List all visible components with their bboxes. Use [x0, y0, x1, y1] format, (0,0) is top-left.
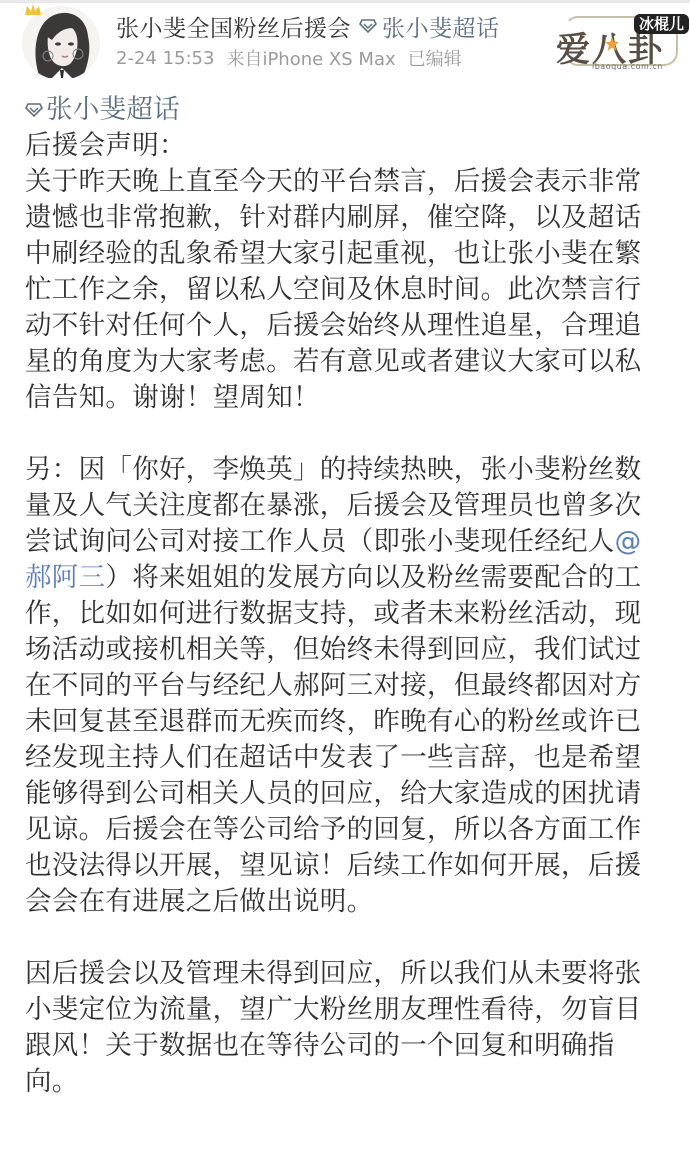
text-line: 向。: [25, 1064, 675, 1100]
text-line: 能够得到公司相关人员的回应，给大家造成的困扰请: [25, 776, 675, 812]
topic-link[interactable]: 张小斐超话: [359, 10, 500, 43]
text-line: 中刷经验的乱象希望大家引起重视，也让张小斐在繁: [25, 236, 675, 272]
text-segment: 尝试询问公司对接工作人员（即张小斐现任经纪人: [25, 526, 615, 557]
paragraph-2: 另：因「你好，李焕英」的持续热映，张小斐粉丝数 量及人气关注度都在暴涨，后援会及…: [25, 452, 675, 920]
star-icon: [604, 36, 620, 52]
watermark-url: ibaoqua.com.cn: [592, 62, 663, 71]
text-line: 忙工作之余，留以私人空间及休息时间。此次禁言行: [25, 272, 675, 308]
avatar[interactable]: [22, 6, 100, 80]
mention-at-symbol[interactable]: @: [615, 526, 642, 557]
paragraph-3: 因后援会以及管理未得到回应，所以我们从未要将张 小斐定位为流量，望广大粉丝朋友理…: [25, 956, 675, 1100]
post-body: 张小斐超话 后援会声明： 关于昨天晚上直至今天的平台禁言，后援会表示非常 遗憾也…: [25, 92, 675, 1100]
diamond-icon: [25, 102, 43, 118]
text-line: 未回复甚至退群而无疾而终，昨晚有心的粉丝或许已: [25, 704, 675, 740]
text-line: 场活动或接机相关等，但始终未得到回应，我们试过: [25, 632, 675, 668]
topic-tag-link[interactable]: 张小斐超话: [25, 92, 675, 128]
text-line: 郝阿三）将来姐姐的发展方向以及粉丝需要配合的工: [25, 560, 675, 596]
diamond-icon: [359, 18, 377, 34]
text-line: 另：因「你好，李焕英」的持续热映，张小斐粉丝数: [25, 452, 675, 488]
author-row: 张小斐全国粉丝后援会 张小斐超话: [116, 8, 500, 44]
text-line: 尝试询问公司对接工作人员（即张小斐现任经纪人@: [25, 524, 675, 560]
text-line: 因后援会以及管理未得到回应，所以我们从未要将张: [25, 956, 675, 992]
author-name[interactable]: 张小斐全国粉丝后援会: [116, 10, 351, 43]
topic-name: 张小斐超话: [382, 10, 500, 43]
paragraph-1: 关于昨天晚上直至今天的平台禁言，后援会表示非常 遗憾也非常抱歉，针对群内刷屏，催…: [25, 164, 675, 416]
post-source: 来自iPhone XS Max: [226, 45, 395, 71]
text-line: 信告知。谢谢！望周知！: [25, 380, 675, 416]
text-line: 见谅。后援会在等公司给予的回复，所以各方面工作: [25, 812, 675, 848]
edited-label[interactable]: 已编辑: [408, 45, 462, 71]
post-meta: 2-24 15:53 来自iPhone XS Max 已编辑: [116, 44, 474, 72]
text-line: 作，比如如何进行数据支持，或者未来粉丝活动，现: [25, 596, 675, 632]
timestamp: 2-24 15:53: [116, 48, 214, 69]
text-line: 在不同的平台与经纪人郝阿三对接，但最终都因对方: [25, 668, 675, 704]
text-line: 会会在有进展之后做出说明。: [25, 884, 675, 920]
crown-icon: [24, 3, 42, 17]
paragraph-gap: [25, 416, 675, 452]
text-line: 跟风！关于数据也在等待公司的一个回复和明确指: [25, 1028, 675, 1064]
watermark-tag: 冰棍儿: [634, 14, 689, 34]
watermark-logo: 爱八卦 ibaoqua.com.cn 冰棍儿: [548, 10, 690, 76]
text-line: 动不针对任何个人，后援会始终从理性追星，合理追: [25, 308, 675, 344]
text-line: 小斐定位为流量，望广大粉丝朋友理性看待，勿盲目: [25, 992, 675, 1028]
avatar-illustration-icon: [22, 6, 100, 80]
post-title: 后援会声明：: [25, 128, 675, 164]
text-line: 关于昨天晚上直至今天的平台禁言，后援会表示非常: [25, 164, 675, 200]
post-header: 张小斐全国粉丝后援会 张小斐超话 2-24 15:53 来自iPhone XS …: [0, 0, 690, 86]
mention-link[interactable]: 郝阿三: [25, 562, 105, 593]
topic-tag-label: 张小斐超话: [46, 92, 180, 128]
paragraph-gap: [25, 920, 675, 956]
text-line: 遗憾也非常抱歉，针对群内刷屏，催空降，以及超话: [25, 200, 675, 236]
text-line: 也没法得以开展，望见谅！后续工作如何开展，后援: [25, 848, 675, 884]
text-line: 星的角度为大家考虑。若有意见或者建议大家可以私: [25, 344, 675, 380]
text-line: 量及人气关注度都在暴涨，后援会及管理员也曾多次: [25, 488, 675, 524]
text-line: 经发现主持人们在超话中发表了一些言辞，也是希望: [25, 740, 675, 776]
text-segment: ）将来姐姐的发展方向以及粉丝需要配合的工: [105, 562, 641, 593]
